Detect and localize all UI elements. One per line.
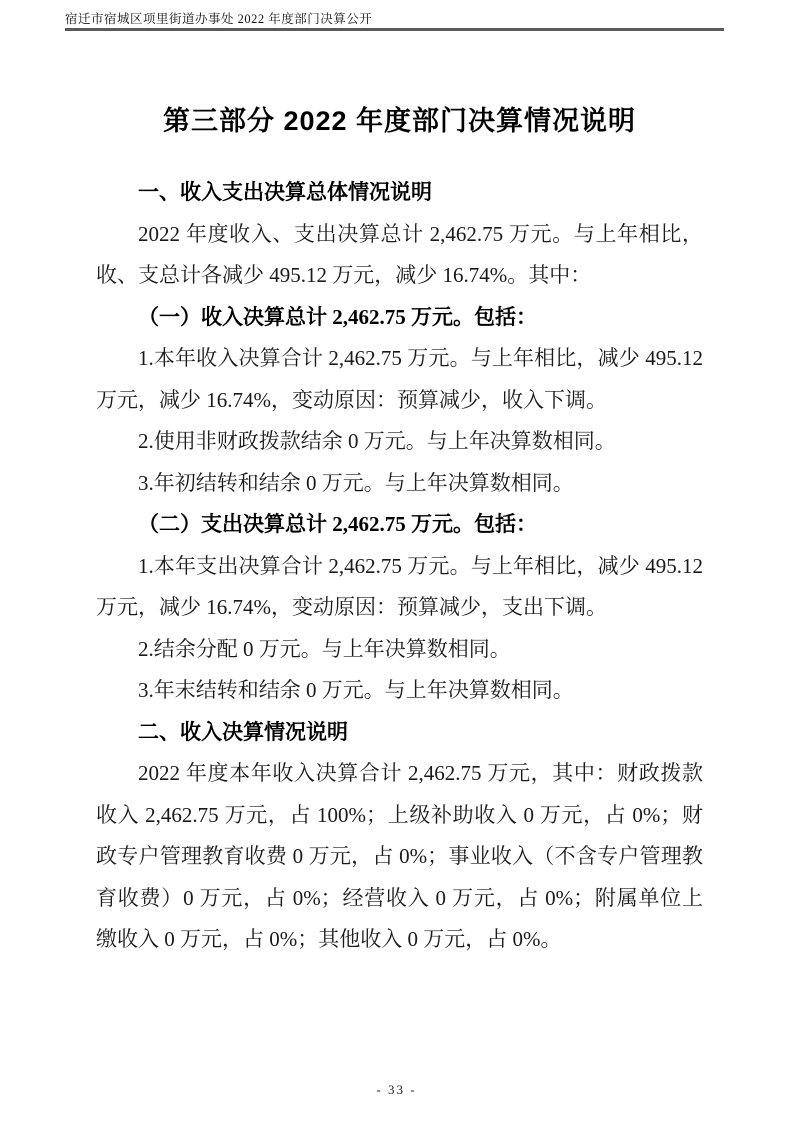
document-header: 宿迁市宿城区项里街道办事处 2022 年度部门决算公开 xyxy=(65,9,372,27)
document-page: 宿迁市宿城区项里街道办事处 2022 年度部门决算公开 第三部分 2022 年度… xyxy=(0,0,793,1122)
section-heading: 一、收入支出决算总体情况说明 xyxy=(96,172,703,214)
section-heading: （一）收入决算总计 2,462.75 万元。包括： xyxy=(96,297,703,339)
body-paragraph: 1.本年收入决算合计 2,462.75 万元。与上年相比，减少 495.12 万… xyxy=(96,338,703,421)
body-paragraph: 2022 年度本年收入决算合计 2,462.75 万元，其中：财政拨款收入 2,… xyxy=(96,753,703,961)
header-rule-divider xyxy=(65,28,724,31)
section-heading: （二）支出决算总计 2,462.75 万元。包括： xyxy=(96,504,703,546)
document-title: 第三部分 2022 年度部门决算情况说明 xyxy=(96,99,703,138)
page-number: - 33 - xyxy=(0,1082,793,1098)
section-heading: 二、收入决算情况说明 xyxy=(96,712,703,754)
document-body: 一、收入支出决算总体情况说明 2022 年度收入、支出决算总计 2,462.75… xyxy=(96,172,703,961)
body-paragraph: 2022 年度收入、支出决算总计 2,462.75 万元。与上年相比，收、支总计… xyxy=(96,214,703,297)
body-paragraph: 3.年初结转和结余 0 万元。与上年决算数相同。 xyxy=(96,463,703,505)
body-paragraph: 1.本年支出决算合计 2,462.75 万元。与上年相比，减少 495.12 万… xyxy=(96,546,703,629)
body-paragraph: 3.年末结转和结余 0 万元。与上年决算数相同。 xyxy=(96,670,703,712)
body-paragraph: 2.使用非财政拨款结余 0 万元。与上年决算数相同。 xyxy=(96,421,703,463)
body-paragraph: 2.结余分配 0 万元。与上年决算数相同。 xyxy=(96,629,703,671)
